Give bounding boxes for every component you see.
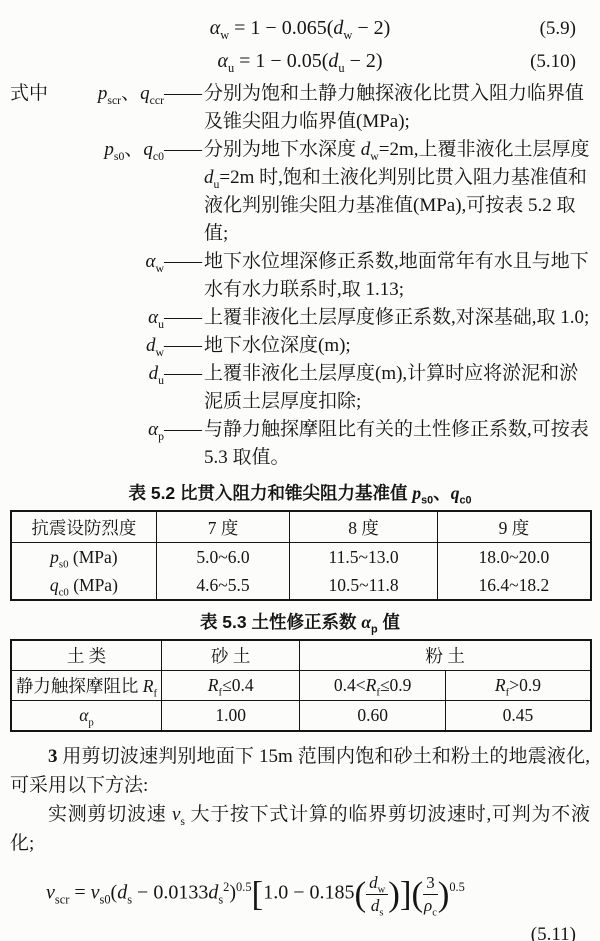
equation-5-11-row: vscr = vs0(ds − 0.0133ds2)0.5[1.0 − 0.18…: [10, 866, 590, 922]
data-cell: 4.6~5.5: [156, 571, 290, 600]
definition-term: dw——: [66, 332, 202, 360]
paragraph-shear-wave: 实测剪切波速 vs 大于按下式计算的临界剪切波速时,可判为不液化;: [10, 800, 590, 858]
data-cell: Rf>0.9: [445, 671, 591, 701]
definition-desc: 地下水位深度(m);: [202, 332, 590, 360]
definition-term: du——: [66, 360, 202, 416]
equation-5-9-row: αw = 1 − 0.065(dw − 2) (5.9): [10, 12, 590, 45]
data-cell: Rf≤0.4: [162, 671, 300, 701]
equation-number-5-9: (5.9): [540, 12, 576, 45]
definition-row: ps0、qc0—— 分别为地下水深度 dw=2m,上覆非液化土层厚度 du=2m…: [10, 136, 590, 248]
table-row-friction-ratio: 静力触探摩阻比 Rf Rf≤0.4 0.4<Rf≤0.9 Rf>0.9: [11, 671, 591, 701]
definition-row: αw—— 地下水位埋深修正系数,地面常年有水且与地下水有水力联系时,取 1.13…: [10, 248, 590, 304]
data-cell: 16.4~18.2: [437, 571, 591, 600]
where-label: 式中: [10, 80, 66, 136]
table-row-alpha-p: αp 1.00 0.60 0.45: [11, 701, 591, 732]
definition-desc: 地下水位埋深修正系数,地面常年有水且与地下水有水力联系时,取 1.13;: [202, 248, 590, 304]
definition-desc: 分别为饱和土静力触探液化比贯入阻力临界值及锥尖阻力临界值(MPa);: [202, 80, 590, 136]
data-cell-sand: 砂 土: [162, 640, 300, 671]
definition-term: ps0、qc0——: [66, 136, 202, 248]
definition-term: αp——: [66, 416, 202, 472]
header-cell-7deg: 7 度: [156, 511, 290, 543]
row-label-ps0: ps0 (MPa): [11, 543, 156, 572]
equation-5-10: αu = 1 − 0.05(du − 2): [217, 50, 382, 72]
data-cell-silt: 粉 土: [300, 640, 591, 671]
table-row-ps0: ps0 (MPa) 5.0~6.0 11.5~13.0 18.0~20.0: [11, 543, 591, 572]
definition-row: 式中 pscr、qccr—— 分别为饱和土静力触探液化比贯入阻力临界值及锥尖阻力…: [10, 80, 590, 136]
table-5-3: 土 类 砂 土 粉 土 静力触探摩阻比 Rf Rf≤0.4 0.4<Rf≤0.9…: [10, 639, 592, 732]
data-cell: 18.0~20.0: [437, 543, 591, 572]
definition-desc: 上覆非液化土层厚度修正系数,对深基础,取 1.0;: [202, 304, 590, 332]
table-row-soil-class: 土 类 砂 土 粉 土: [11, 640, 591, 671]
document-page: αw = 1 − 0.065(dw − 2) (5.9) αu = 1 − 0.…: [0, 0, 600, 941]
paragraph-item-3: 3 用剪切波速判别地面下 15m 范围内饱和砂土和粉土的地震液化,可采用以下方法…: [10, 742, 590, 800]
definition-desc: 上覆非液化土层厚度(m),计算时应将淤泥和淤泥质土层厚度扣除;: [202, 360, 590, 416]
definition-row: αu—— 上覆非液化土层厚度修正系数,对深基础,取 1.0;: [10, 304, 590, 332]
data-cell: 1.00: [162, 701, 300, 732]
header-cell-intensity: 抗震设防烈度: [11, 511, 156, 543]
data-cell: 10.5~11.8: [290, 571, 438, 600]
table-row-qc0: qc0 (MPa) 4.6~5.5 10.5~11.8 16.4~18.2: [11, 571, 591, 600]
row-label-soil-class: 土 类: [11, 640, 162, 671]
row-label-qc0: qc0 (MPa): [11, 571, 156, 600]
definition-desc: 分别为地下水深度 dw=2m,上覆非液化土层厚度 du=2m 时,饱和土液化判别…: [202, 136, 590, 248]
data-cell: 0.45: [445, 701, 591, 732]
equation-5-9: αw = 1 − 0.065(dw − 2): [210, 17, 391, 39]
table-5-3-caption: 表 5.3 土性修正系数 αp 值: [10, 609, 590, 634]
definition-desc: 与静力触探摩阻比有关的土性修正系数,可按表 5.3 取值。: [202, 416, 590, 472]
equation-number-5-10: (5.10): [530, 45, 576, 78]
header-cell-9deg: 9 度: [437, 511, 591, 543]
table-5-2: 抗震设防烈度 7 度 8 度 9 度 ps0 (MPa) 5.0~6.0 11.…: [10, 510, 592, 601]
header-cell-8deg: 8 度: [290, 511, 438, 543]
data-cell: 5.0~6.0: [156, 543, 290, 572]
symbol-definitions: 式中 pscr、qccr—— 分别为饱和土静力触探液化比贯入阻力临界值及锥尖阻力…: [10, 80, 590, 472]
definition-term: αu——: [66, 304, 202, 332]
data-cell: 11.5~13.0: [290, 543, 438, 572]
data-cell: 0.60: [300, 701, 446, 732]
table-5-2-header-row: 抗震设防烈度 7 度 8 度 9 度: [11, 511, 591, 543]
definition-term: αw——: [66, 248, 202, 304]
definition-row: du—— 上覆非液化土层厚度(m),计算时应将淤泥和淤泥质土层厚度扣除;: [10, 360, 590, 416]
table-5-2-caption: 表 5.2 比贯入阻力和锥尖阻力基准值 ps0、qc0: [10, 480, 590, 505]
equation-5-10-row: αu = 1 − 0.05(du − 2) (5.10): [10, 45, 590, 78]
definition-row: αp—— 与静力触探摩阻比有关的土性修正系数,可按表 5.3 取值。: [10, 416, 590, 472]
row-label-alpha-p: αp: [11, 701, 162, 732]
definition-row: dw—— 地下水位深度(m);: [10, 332, 590, 360]
equation-5-11: vscr = vs0(ds − 0.0133ds2)0.5[1.0 − 0.18…: [46, 873, 465, 915]
row-label-friction-ratio: 静力触探摩阻比 Rf: [11, 671, 162, 701]
data-cell: 0.4<Rf≤0.9: [300, 671, 446, 701]
definition-term: pscr、qccr——: [66, 80, 202, 136]
equation-number-5-11: (5.11): [10, 922, 590, 941]
